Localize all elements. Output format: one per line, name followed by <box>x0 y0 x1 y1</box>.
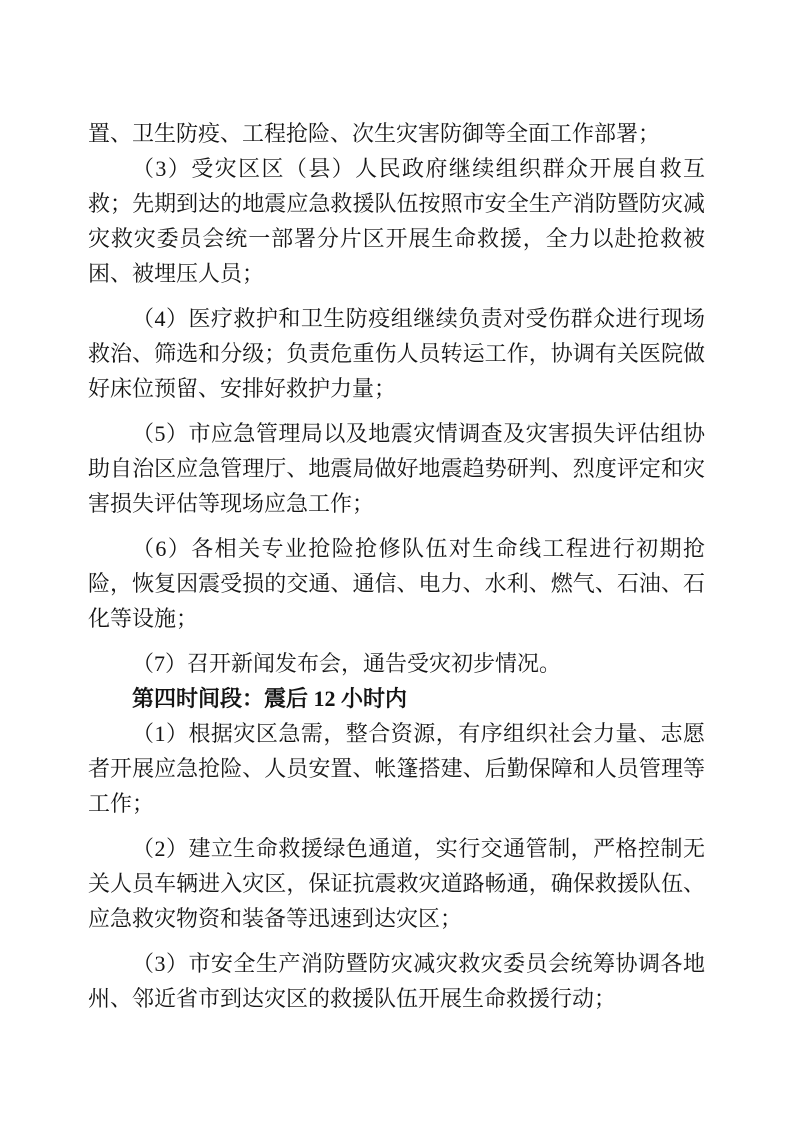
paragraph-item-1: （1）根据灾区急需，整合资源，有序组织社会力量、志愿者开展应急抢险、人员安置、帐… <box>88 716 705 821</box>
document-page: 置、卫生防疫、工程抢险、次生灾害防御等全面工作部署； （3）受灾区区（县）人民政… <box>0 0 793 1122</box>
section-heading-time-period-4: 第四时间段：震后 12 小时内 <box>88 681 705 716</box>
paragraph-item-5: （5）市应急管理局以及地震灾情调查及灾害损失评估组协助自治区应急管理厅、地震局做… <box>88 416 705 521</box>
paragraph-item-4: （4）医疗救护和卫生防疫组继续负责对受伤群众进行现场救治、筛选和分级；负责危重伤… <box>88 301 705 406</box>
paragraph-item-2: （2）建立生命救援绿色通道，实行交通管制，严格控制无关人员车辆进入灾区，保证抗震… <box>88 831 705 936</box>
paragraph-item-6: （6）各相关专业抢险抢修队伍对生命线工程进行初期抢险，恢复因震受损的交通、通信、… <box>88 531 705 636</box>
paragraph-continuation: 置、卫生防疫、工程抢险、次生灾害防御等全面工作部署； <box>88 116 705 151</box>
paragraph-item-7: （7）召开新闻发布会，通告受灾初步情况。 <box>88 646 705 681</box>
paragraph-item-3-second: （3）市安全生产消防暨防灾减灾救灾委员会统筹协调各地州、邻近省市到达灾区的救援队… <box>88 946 705 1016</box>
document-text-block: 置、卫生防疫、工程抢险、次生灾害防御等全面工作部署； （3）受灾区区（县）人民政… <box>88 116 705 1016</box>
paragraph-item-3-first: （3）受灾区区（县）人民政府继续组织群众开展自救互救；先期到达的地震应急救援队伍… <box>88 151 705 291</box>
